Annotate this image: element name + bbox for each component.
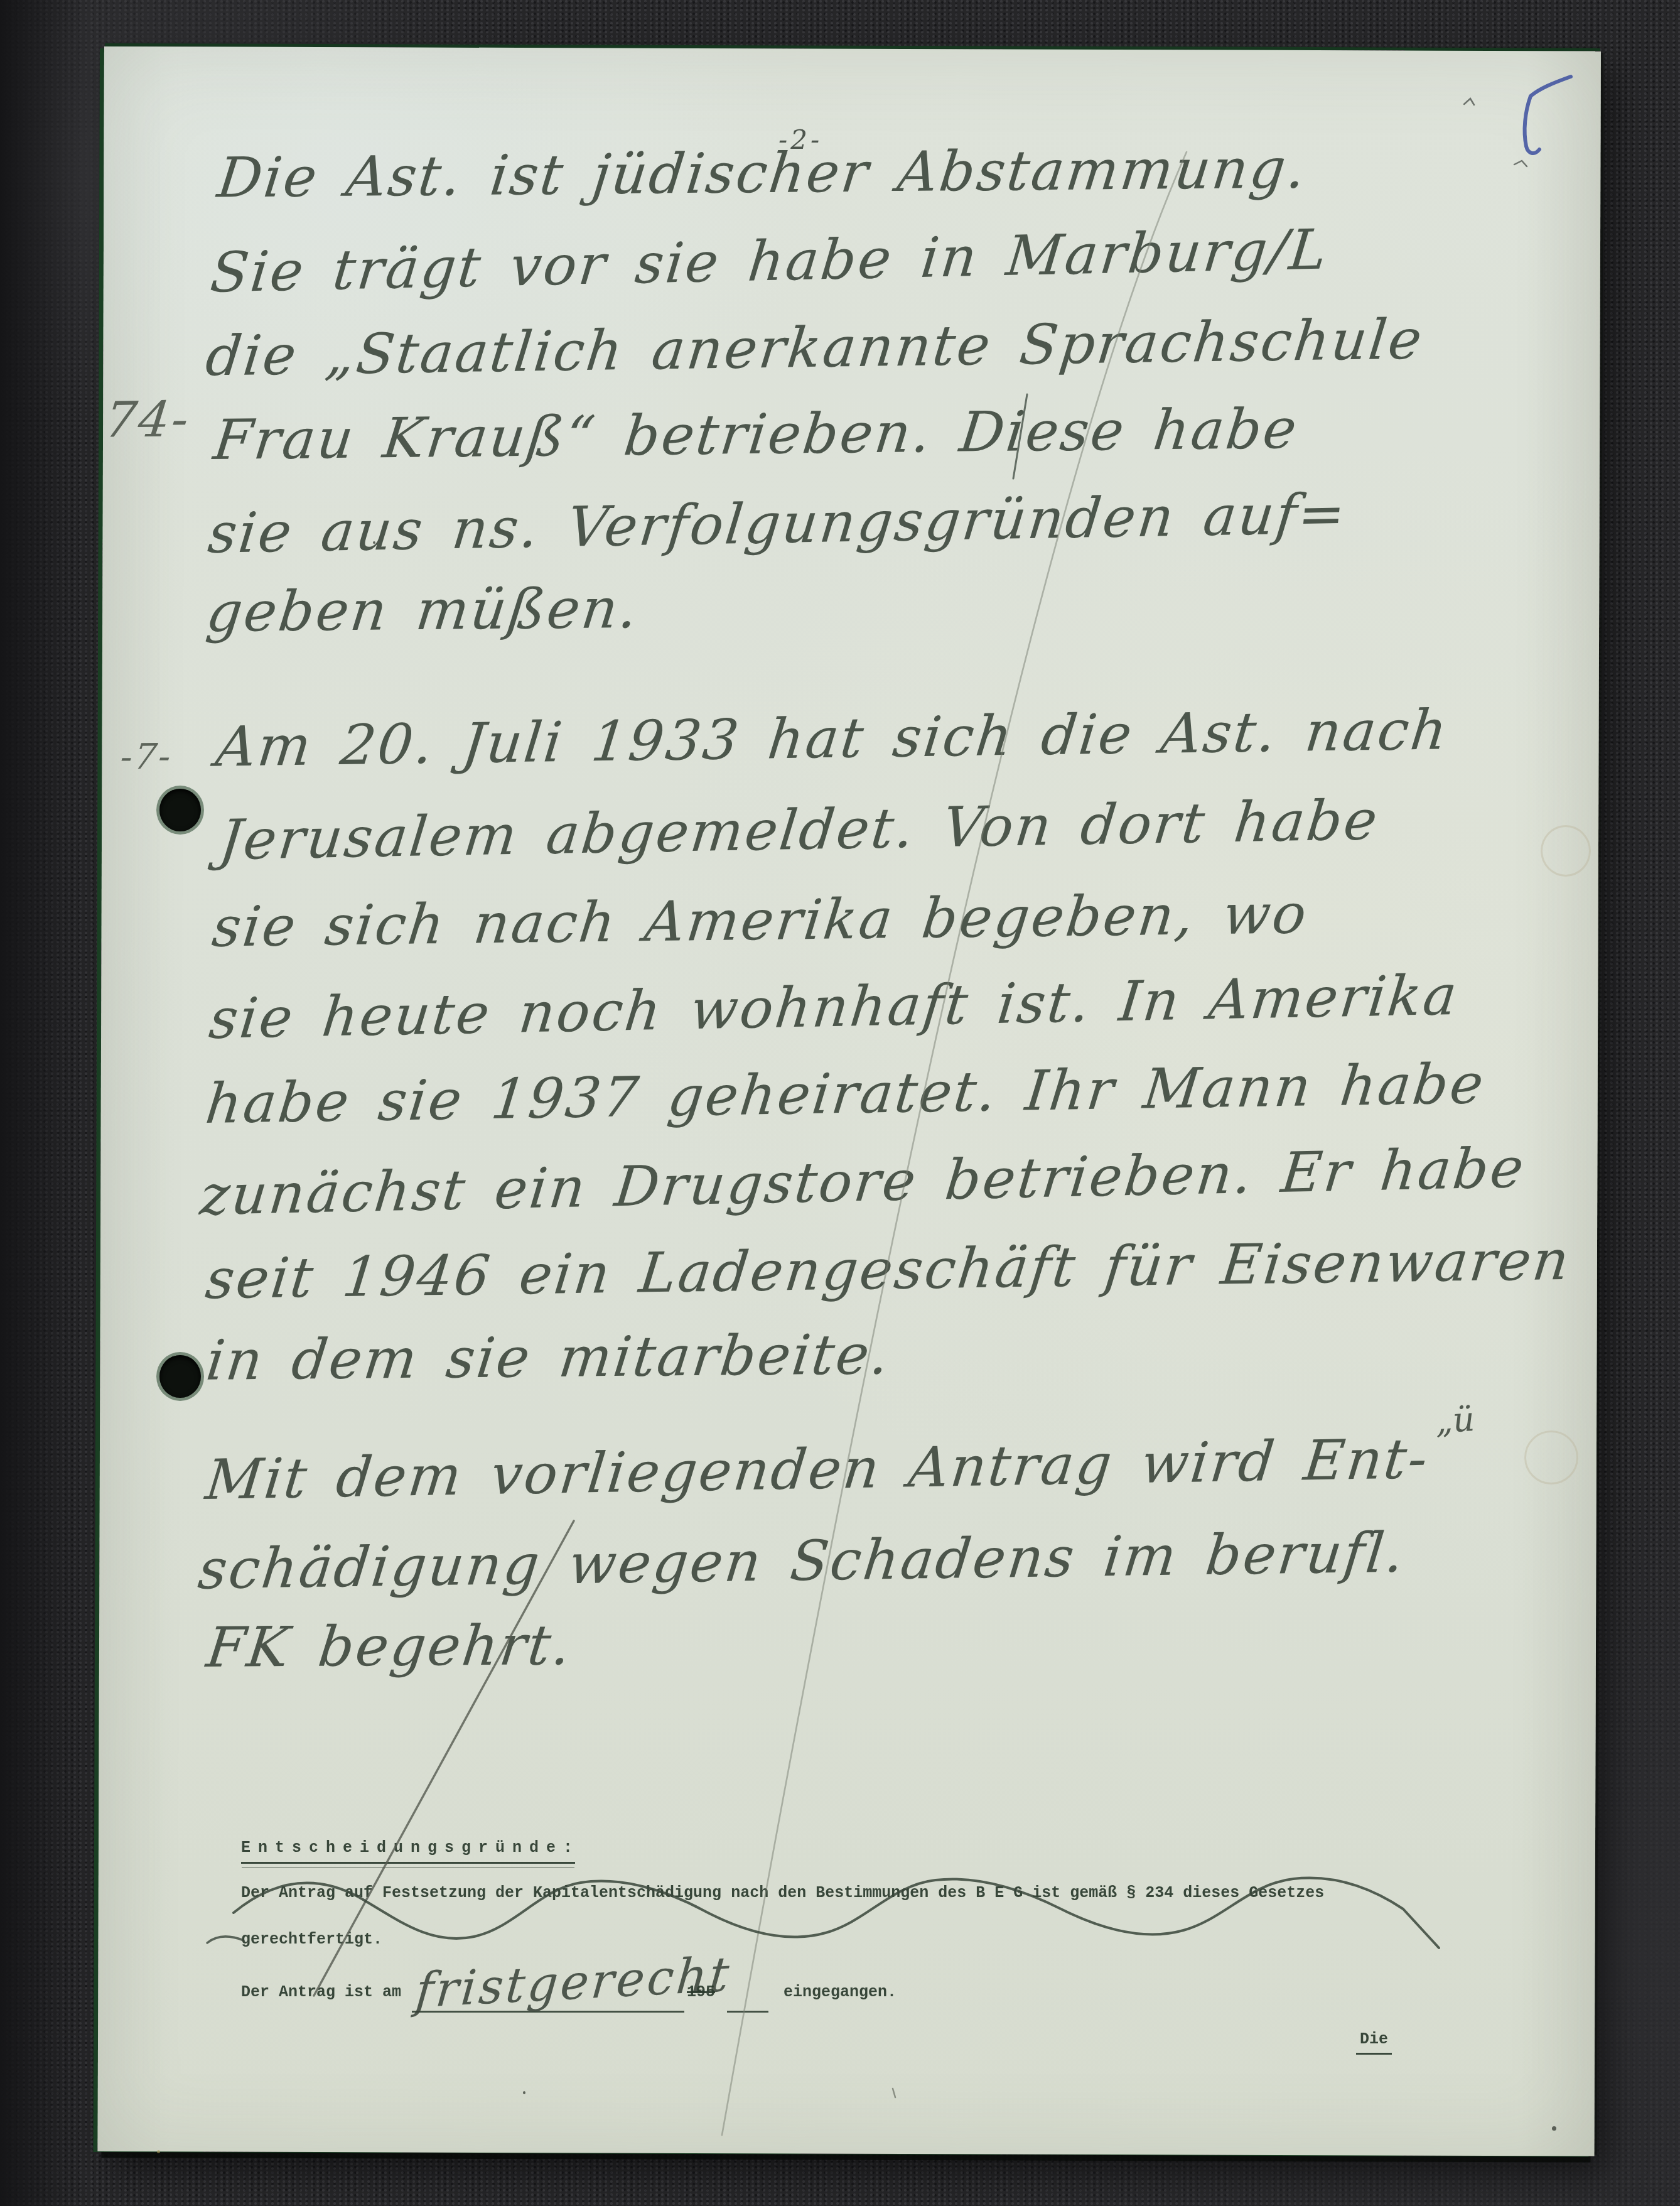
punch-hole-top xyxy=(159,789,201,831)
scan-background: Die Ast. ist jüdischer Abstammung.Sie tr… xyxy=(0,0,1680,2206)
page-number: -2- xyxy=(778,124,822,155)
embossed-ring-mark xyxy=(1541,825,1591,877)
form-line-suffix: eingegangen. xyxy=(783,1983,897,2002)
typed-word-gerechtfertigt: gerechtfertigt. xyxy=(241,1930,382,1949)
punch-hole-bottom xyxy=(159,1355,201,1398)
struck-year-prefix: 195 xyxy=(687,1983,715,2002)
form-line-prefix: Der Antrag ist am xyxy=(241,1983,401,2002)
handwritten-line: in dem sie mitarbeite. xyxy=(203,1327,893,1388)
handwritten-line: schädigung wegen Schadens im berufl. xyxy=(196,1525,1409,1598)
handwritten-line: Am 20. Juli 1933 hat sich die Ast. nach xyxy=(213,702,1451,774)
embossed-ring-mark xyxy=(1524,1430,1578,1484)
dust-speck xyxy=(373,541,375,544)
handwritten-line: Die Ast. ist jüdischer Abstammung. xyxy=(215,141,1310,205)
interline-insertion: „ü xyxy=(1434,1399,1476,1441)
dust-speck xyxy=(1552,2126,1556,2131)
margin-note: 74- xyxy=(103,395,193,445)
dust-speck xyxy=(157,2150,160,2153)
typed-heading-text: Entscheidungsgründe: xyxy=(241,1839,580,1857)
dust-speck xyxy=(523,2091,525,2094)
footer-word-die: Die xyxy=(1356,2030,1392,2055)
heading-underline xyxy=(241,1862,575,1864)
typed-body-line: Der Antrag auf Festsetzung der Kapitalen… xyxy=(241,1884,1324,1903)
handwritten-line: sie sich nach Amerika begeben, wo xyxy=(210,886,1311,954)
handwritten-line: die „Staatlich anerkannte Sprachschule xyxy=(203,311,1426,384)
form-blank-underline-short xyxy=(727,2011,768,2013)
typed-heading: Entscheidungsgründe: xyxy=(241,1839,580,1857)
handwritten-line: geben müßen. xyxy=(204,581,642,640)
handwritten-line: FK begehrt. xyxy=(204,1618,575,1675)
margin-note: -7- xyxy=(119,739,175,775)
handwritten-line: Frau Krauß“ betrieben. Diese habe xyxy=(211,401,1301,468)
